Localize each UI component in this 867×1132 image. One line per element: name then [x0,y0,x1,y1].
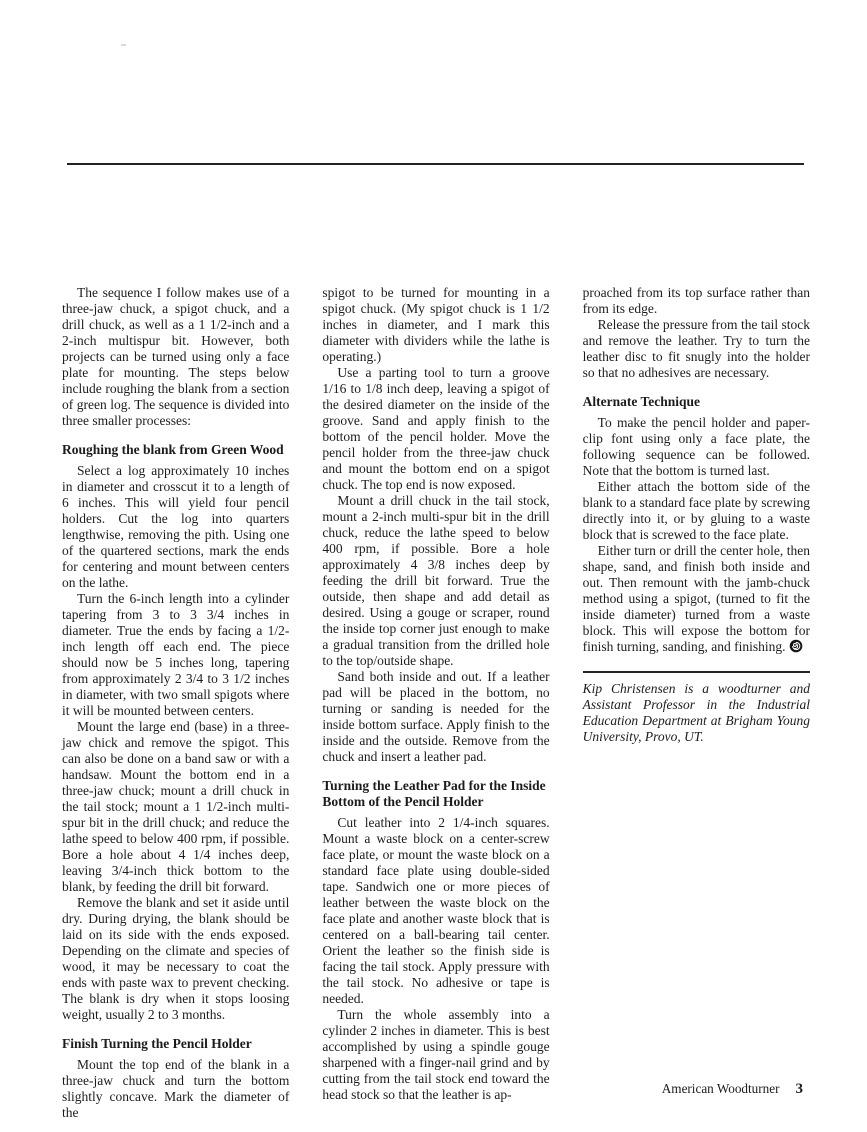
paragraph: Mount the large end (base) in a three-ja… [62,719,289,895]
paragraph-text: Either turn or drill the center hole, th… [583,543,810,654]
paragraph: Either attach the bottom side of the bla… [583,479,810,543]
paragraph: Mount the top end of the blank in a thre… [62,1057,289,1121]
column-2: spigot to be turned for mounting in a sp… [322,285,549,1121]
magazine-page: The sequence I follow makes use of a thr… [0,0,867,1132]
paragraph: Use a parting tool to turn a groove 1/16… [322,365,549,493]
paragraph: Remove the blank and set it aside until … [62,895,289,1023]
paragraph: Cut leather into 2 1/4-inch squares. Mou… [322,815,549,1007]
section-heading-leather-pad: Turning the Leather Pad for the Inside B… [322,778,549,810]
paragraph: Select a log approximately 10 inches in … [62,463,289,591]
paragraph: Turn the whole assembly into a cylinder … [322,1007,549,1103]
paragraph: Mount a drill chuck in the tail stock, m… [322,493,549,669]
column-1: The sequence I follow makes use of a thr… [62,285,289,1121]
paragraph: Turn the 6-inch length into a cylinder t… [62,591,289,719]
paragraph: Release the pressure from the tail stock… [583,317,810,381]
paragraph: The sequence I follow makes use of a thr… [62,285,289,429]
section-heading-roughing-blank: Roughing the blank from Green Wood [62,442,289,458]
journal-title: American Woodturner [662,1081,780,1096]
page-number: 3 [796,1081,804,1097]
column-3: proached from its top surface rather tha… [583,285,810,1121]
paragraph-continuation: spigot to be turned for mounting in a sp… [322,285,549,365]
paragraph-continuation: proached from its top surface rather tha… [583,285,810,317]
article-body: The sequence I follow makes use of a thr… [62,285,810,1121]
paragraph: To make the pencil holder and paper-clip… [583,415,810,479]
section-heading-finish-turning: Finish Turning the Pencil Holder [62,1036,289,1052]
page-footer: American Woodturner3 [662,1081,803,1098]
paragraph: Sand both inside and out. If a leather p… [322,669,549,765]
section-heading-alternate-technique: Alternate Technique [583,394,810,410]
paragraph: Either turn or drill the center hole, th… [583,543,810,655]
bio-divider-rule [583,671,810,673]
header-rule [67,163,804,165]
end-of-article-icon [789,639,803,653]
scan-artifact [121,44,126,46]
author-bio: Kip Christensen is a woodturner and Assi… [583,681,810,745]
